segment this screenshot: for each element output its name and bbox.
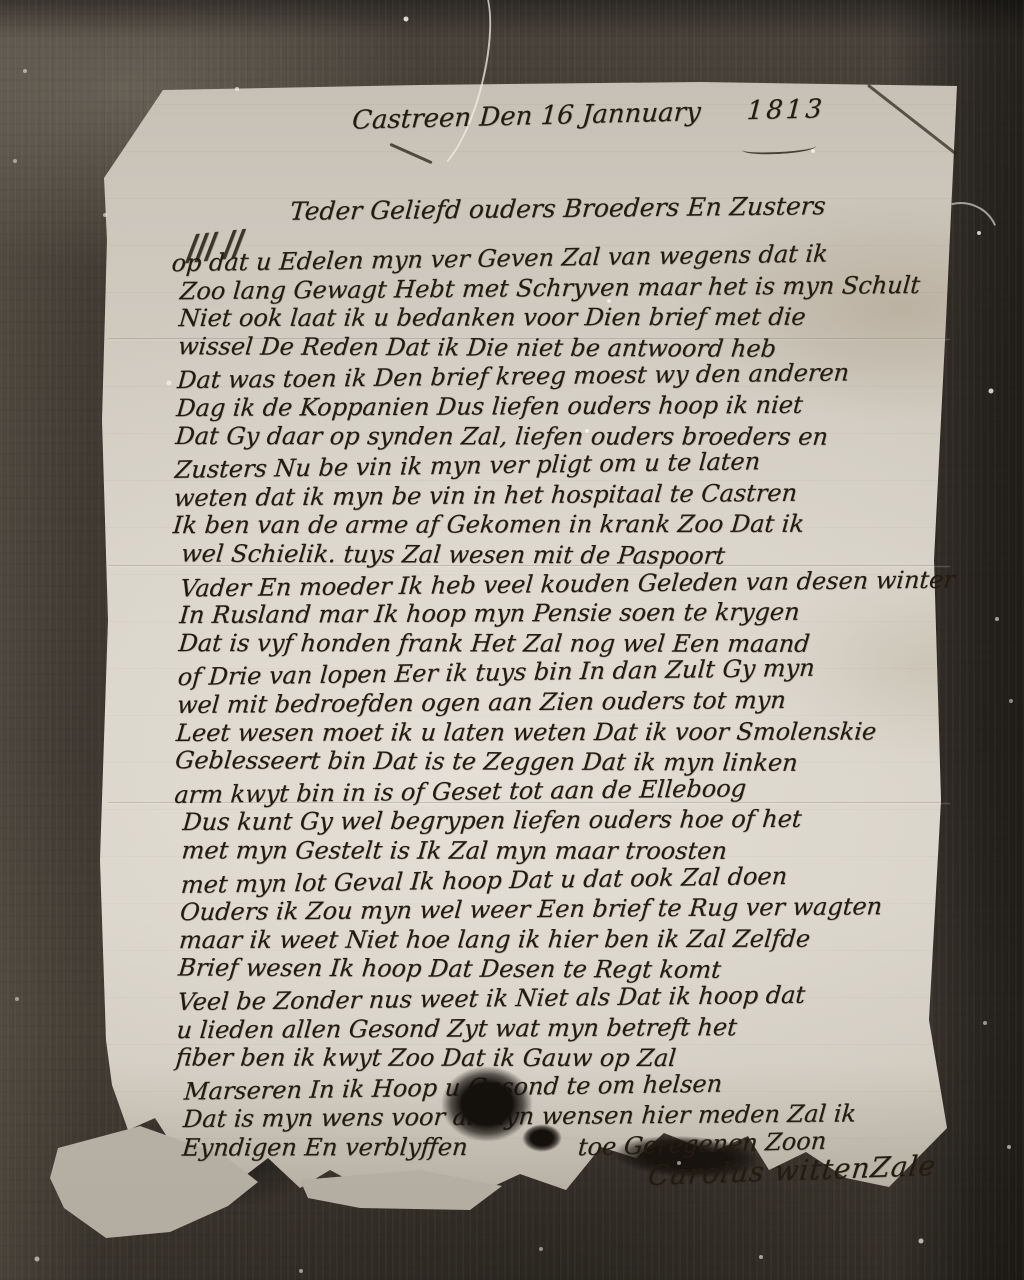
letter-line: fiber ben ik kwyt Zoo Dat ik Gauw op Zal bbox=[175, 1046, 677, 1071]
letter-line: Ouders ik Zou myn wel weer Een brief te … bbox=[179, 894, 883, 924]
letter-line: met myn Gestelt is Ik Zal myn maar troos… bbox=[181, 838, 728, 863]
letter-line: Veel be Zonder nus weet ik Niet als Dat … bbox=[177, 983, 806, 1014]
letter-line: In Rusland mar Ik hoop myn Pensie soen t… bbox=[179, 600, 801, 627]
letter-line: met myn lot Geval Ik hoop Dat u dat ook … bbox=[180, 864, 788, 897]
letter-line: Geblesseert bin Dat is te Zeggen Dat ik … bbox=[174, 748, 799, 775]
letter-body: op dat u Edelen myn ver Geven Zal van we… bbox=[176, 244, 971, 1168]
letter-photograph: Castreen Den 16 Jannuary1813 Teder Gelie… bbox=[0, 0, 1024, 1280]
letter-line: weten dat ik myn be vin in het hospitaal… bbox=[173, 481, 798, 510]
letter-line: op dat u Edelen myn ver Geven Zal van we… bbox=[171, 242, 829, 276]
letter-line: u lieden allen Gesond Zyt wat myn betref… bbox=[176, 1015, 738, 1042]
salutation: Teder Geliefd ouders Broeders En Zusters bbox=[289, 191, 827, 226]
letter-line: Eyndigen En verblyffen bbox=[181, 1135, 468, 1160]
letter-line: maar ik weet Niet hoe lang ik hier ben i… bbox=[178, 927, 811, 952]
dust-specks bbox=[0, 0, 2, 2]
letter-line: Dat is vyf honden frank Het Zal nog wel … bbox=[178, 631, 811, 656]
letter-line: wel mit bedroefden ogen aan Zien ouders … bbox=[176, 688, 787, 717]
letter-line: Dag ik de Koppanien Dus liefen ouders ho… bbox=[175, 393, 803, 420]
letter-line: Brief wesen Ik hoop Dat Desen te Regt ko… bbox=[177, 956, 722, 982]
letter-line: Dat Gy daar op synden Zal, liefen ouders… bbox=[175, 424, 829, 449]
dateline-year: 1813 bbox=[746, 94, 826, 126]
letter-line: wissel De Reden Dat ik Die niet be antwo… bbox=[177, 334, 777, 360]
letter-line: Niet ook laat ik u bedanken voor Dien br… bbox=[178, 305, 807, 330]
letter-line: Dus kunt Gy wel begrypen liefen ouders h… bbox=[182, 807, 803, 834]
letter-line: of Drie van lopen Eer ik tuys bin In dan… bbox=[177, 656, 816, 689]
letter-line: Leet wesen moet ik u laten weten Dat ik … bbox=[175, 719, 877, 744]
letter-line: wel Schielik. tuys Zal wesen mit de Pasp… bbox=[180, 541, 726, 567]
letter-line: Zoo lang Gewagt Hebt met Schryven maar h… bbox=[179, 273, 921, 303]
letter-line: arm kwyt bin in is of Geset tot aan de E… bbox=[174, 776, 747, 807]
letter-line: Vader En moeder Ik heb veel kouden Geled… bbox=[179, 567, 955, 600]
letter-line: Zusters Nu be vin ik myn ver pligt om u … bbox=[174, 449, 761, 482]
letter-line: Ik ben van de arme af Gekomen in krank Z… bbox=[172, 512, 805, 537]
letter-line: Dat was toen ik Den brief kreeg moest wy… bbox=[176, 361, 850, 393]
